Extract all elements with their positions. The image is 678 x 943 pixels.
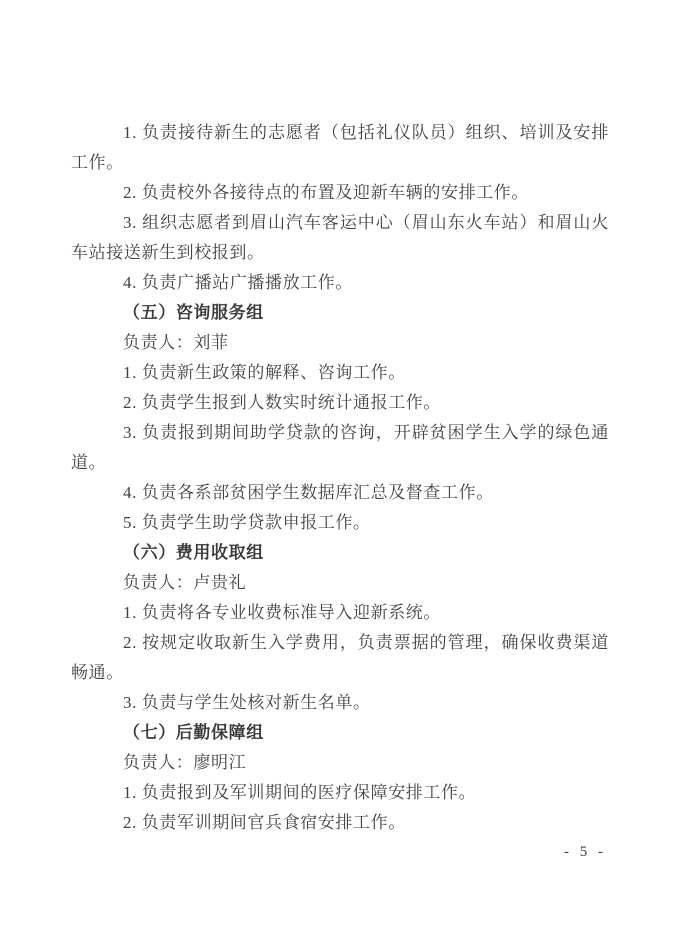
section-heading: （六）费用收取组	[71, 538, 609, 568]
document-paragraph: 2. 按规定收取新生入学费用，负责票据的管理，确保收费渠道畅通。	[71, 628, 609, 688]
document-paragraph: 负责人：廖明江	[71, 748, 609, 778]
document-paragraph: 1. 负责新生政策的解释、咨询工作。	[71, 358, 609, 388]
document-paragraph: 3. 组织志愿者到眉山汽车客运中心（眉山东火车站）和眉山火车站接送新生到校报到。	[71, 208, 609, 268]
document-paragraph: 负责人：刘菲	[71, 328, 609, 358]
document-paragraph: 2. 负责学生报到人数实时统计通报工作。	[71, 388, 609, 418]
document-paragraph: 4. 负责各系部贫困学生数据库汇总及督查工作。	[71, 478, 609, 508]
document-page: 1. 负责接待新生的志愿者（包括礼仪队员）组织、培训及安排工作。2. 负责校外各…	[0, 0, 678, 943]
page-number: - 5 -	[564, 841, 604, 863]
document-paragraph: 3. 负责与学生处核对新生名单。	[71, 688, 609, 718]
document-paragraph: 1. 负责报到及军训期间的医疗保障安排工作。	[71, 778, 609, 808]
document-paragraph: 1. 负责接待新生的志愿者（包括礼仪队员）组织、培训及安排工作。	[71, 118, 609, 178]
document-paragraph: 负责人：卢贵礼	[71, 568, 609, 598]
document-paragraph: 1. 负责将各专业收费标准导入迎新系统。	[71, 598, 609, 628]
section-heading: （七）后勤保障组	[71, 718, 609, 748]
document-paragraph: 2. 负责军训期间官兵食宿安排工作。	[71, 808, 609, 838]
section-heading: （五）咨询服务组	[71, 298, 609, 328]
document-paragraph: 4. 负责广播站广播播放工作。	[71, 268, 609, 298]
document-paragraph: 3. 负责报到期间助学贷款的咨询，开辟贫困学生入学的绿色通道。	[71, 418, 609, 478]
document-body: 1. 负责接待新生的志愿者（包括礼仪队员）组织、培训及安排工作。2. 负责校外各…	[71, 118, 609, 838]
document-paragraph: 2. 负责校外各接待点的布置及迎新车辆的安排工作。	[71, 178, 609, 208]
document-paragraph: 5. 负责学生助学贷款申报工作。	[71, 508, 609, 538]
